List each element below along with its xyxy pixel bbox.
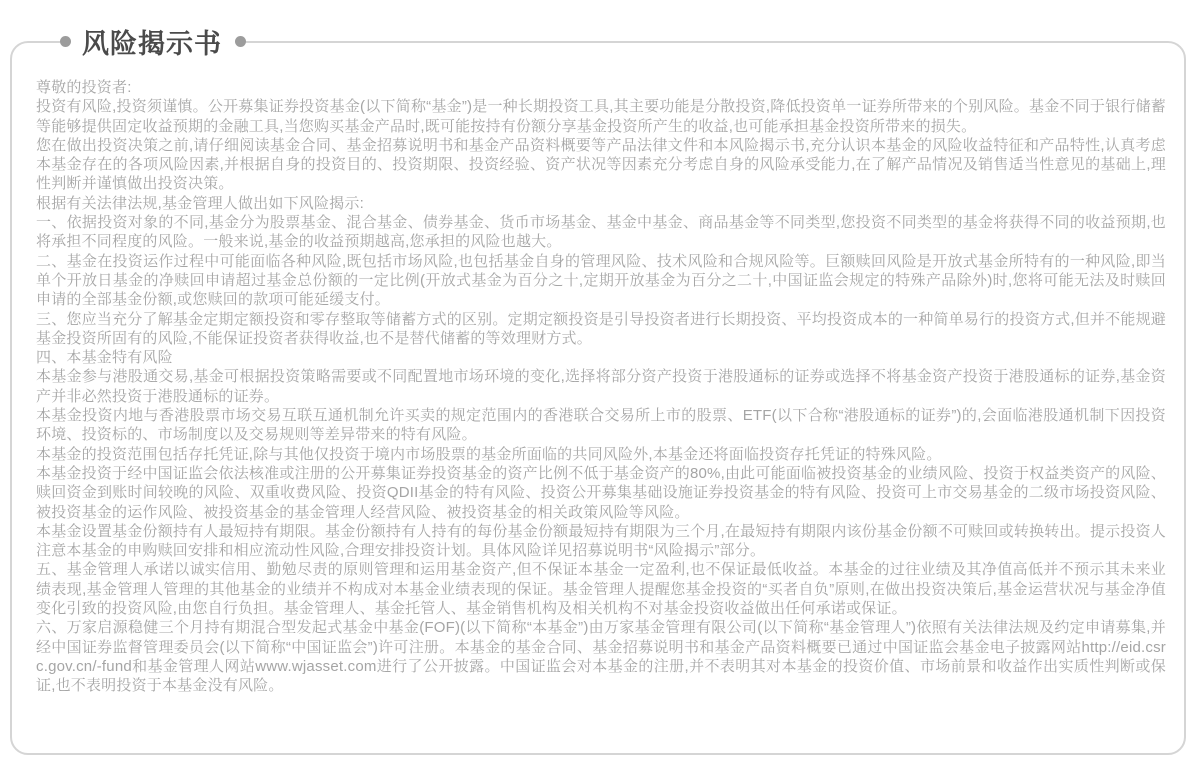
paragraph: 本基金设置基金份额持有人最短持有期限。基金份额持有人持有的每份基金份额最短持有期… [36,522,1166,561]
risk-disclosure-page: 风险揭示书 尊敬的投资者: 投资有风险,投资须谨慎。公开募集证券投资基金(以下简… [0,0,1200,771]
paragraph: 本基金参与港股通交易,基金可根据投资策略需要或不同配置地市场环境的变化,选择将部… [36,367,1166,406]
paragraph: 您在做出投资决策之前,请仔细阅读基金合同、基金招募说明书和基金产品资料概要等产品… [36,136,1166,194]
paragraph: 本基金的投资范围包括存托凭证,除与其他仅投资于境内市场股票的基金所面临的共同风险… [36,445,1166,464]
paragraph-item-4-heading: 四、本基金特有风险 [36,348,1166,367]
salutation: 尊敬的投资者: [36,78,1166,97]
paragraph: 本基金投资于经中国证监会依法核准或注册的公开募集证券投资基金的资产比例不低于基金… [36,464,1166,522]
paragraph: 本基金投资内地与香港股票市场交易互联互通机制允许买卖的规定范围内的香港联合交易所… [36,406,1166,445]
paragraph: 根据有关法律法规,基金管理人做出如下风险揭示: [36,194,1166,213]
bullet-dot-icon [235,36,246,47]
page-title: 风险揭示书 [82,22,222,61]
paragraph-item-3: 三、您应当充分了解基金定期定额投资和零存整取等储蓄方式的区别。定期定额投资是引导… [36,310,1166,349]
document-body: 尊敬的投资者: 投资有风险,投资须谨慎。公开募集证券投资基金(以下简称“基金”)… [36,78,1166,696]
paragraph-item-2: 二、基金在投资运作过程中可能面临各种风险,既包括市场风险,也包括基金自身的管理风… [36,252,1166,310]
bullet-dot-icon [60,36,71,47]
document-header: 风险揭示书 [60,22,246,60]
paragraph-item-1: 一、依据投资对象的不同,基金分为股票基金、混合基金、债券基金、货币市场基金、基金… [36,213,1166,252]
paragraph: 投资有风险,投资须谨慎。公开募集证券投资基金(以下简称“基金”)是一种长期投资工… [36,97,1166,136]
paragraph-item-5: 五、基金管理人承诺以诚实信用、勤勉尽责的原则管理和运用基金资产,但不保证本基金一… [36,560,1166,618]
paragraph-item-6: 六、万家启源稳健三个月持有期混合型发起式基金中基金(FOF)(以下简称“本基金”… [36,618,1166,695]
